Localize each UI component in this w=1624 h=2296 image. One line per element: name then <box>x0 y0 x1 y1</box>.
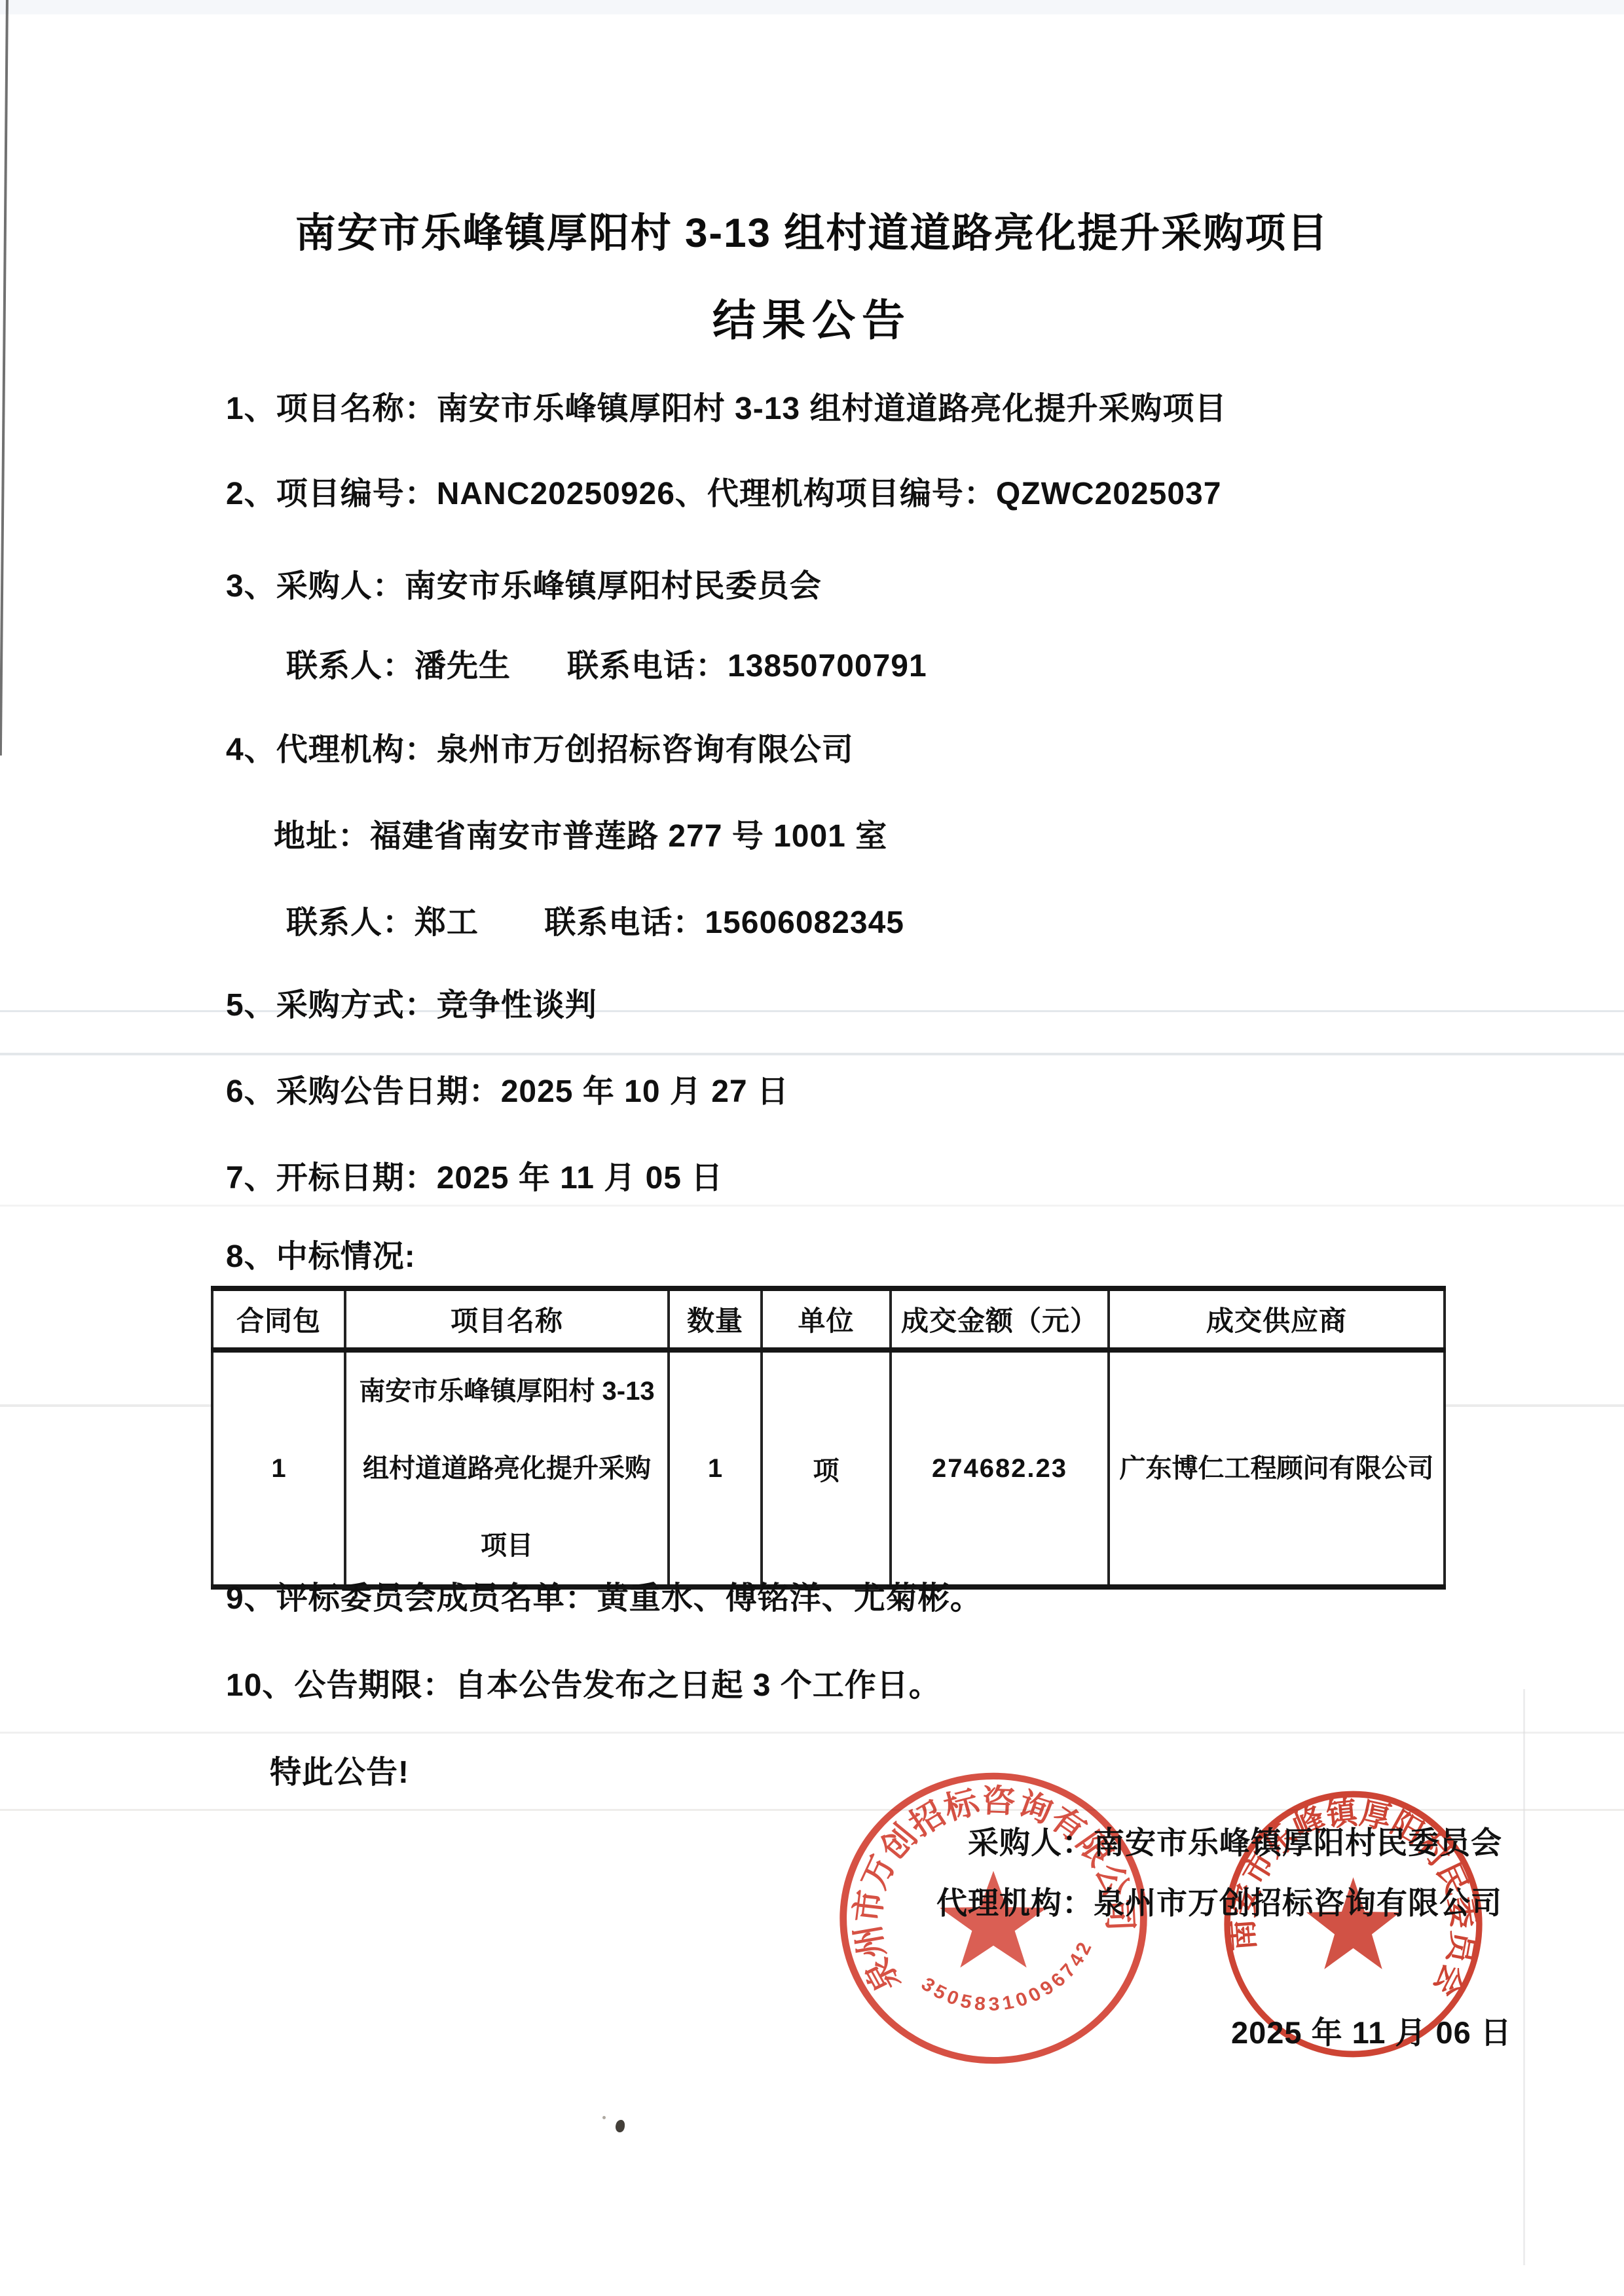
cell-project: 南安市乐峰镇厚阳村 3-13 组村道道路亮化提升采购项目 <box>345 1350 669 1587</box>
agency-contact: 联系人：郑工 联系电话：15606082345 <box>286 897 904 942</box>
award-table: 合同包 项目名称 数量 单位 成交金额（元） 成交供应商 1 南安市乐峰镇厚阳村… <box>211 1286 1446 1590</box>
document-title: 南安市乐峰镇厚阳村 3-13 组村道道路亮化提升采购项目 <box>0 200 1624 259</box>
item-bid-open-date: 7、开标日期：2025 年 11 月 05 日 <box>226 1152 723 1197</box>
scanned-document-page: 南安市乐峰镇厚阳村 3-13 组村道道路亮化提升采购项目 结果公告 1、项目名称… <box>0 0 1624 2296</box>
scan-artifact-right-edge-line <box>1523 1689 1525 2265</box>
award-table-header-row: 合同包 项目名称 数量 单位 成交金额（元） 成交供应商 <box>212 1288 1445 1350</box>
cell-quantity: 1 <box>669 1350 762 1587</box>
signature-date: 2025 年 11 月 06 日 <box>1231 2009 1512 2052</box>
scan-artifact-left-edge-line <box>0 0 9 756</box>
col-header-package: 合同包 <box>212 1288 345 1350</box>
scan-artifact-top-band <box>0 0 1624 14</box>
col-header-supplier: 成交供应商 <box>1109 1288 1445 1350</box>
col-header-project: 项目名称 <box>345 1288 669 1350</box>
closing-remark: 特此公告! <box>270 1747 409 1792</box>
cell-supplier: 广东博仁工程顾问有限公司 <box>1109 1350 1445 1587</box>
item-project-number: 2、项目编号：NANC20250926、代理机构项目编号：QZWC2025037 <box>226 468 1221 513</box>
agency-address: 地址：福建省南安市普莲路 277 号 1001 室 <box>274 811 887 856</box>
item-award-status: 8、中标情况: <box>226 1231 416 1276</box>
item-announce-date: 6、采购公告日期：2025 年 10 月 27 日 <box>226 1066 789 1111</box>
scan-artifact-streak-3 <box>0 1205 1624 1207</box>
scan-artifact-streak-5 <box>0 1732 1624 1734</box>
col-header-amount: 成交金额（元） <box>891 1288 1109 1350</box>
item-notice-term: 10、公告期限：自本公告发布之日起 3 个工作日。 <box>226 1660 941 1705</box>
scan-artifact-ink-speck <box>602 2116 606 2119</box>
col-header-quantity: 数量 <box>669 1288 762 1350</box>
purchaser-contact: 联系人：潘先生 联系电话：13850700791 <box>286 640 927 685</box>
cell-package: 1 <box>212 1350 345 1587</box>
item-purchaser: 3、采购人：南安市乐峰镇厚阳村民委员会 <box>226 560 822 606</box>
cell-unit: 项 <box>762 1350 891 1587</box>
item-method: 5、采购方式：竞争性谈判 <box>226 979 597 1025</box>
scan-artifact-streak-2 <box>0 1053 1624 1055</box>
signature-buyer: 采购人：南安市乐峰镇厚阳村民委员会 <box>968 1819 1502 1863</box>
signature-agency: 代理机构：泉州市万创招标咨询有限公司 <box>936 1879 1502 1923</box>
item-agency: 4、代理机构：泉州市万创招标咨询有限公司 <box>226 724 854 769</box>
item-committee: 9、评标委员会成员名单：黄重水、傅铭洋、尤菊彬。 <box>226 1573 982 1618</box>
col-header-unit: 单位 <box>762 1288 891 1350</box>
item-project-name: 1、项目名称：南安市乐峰镇厚阳村 3-13 组村道道路亮化提升采购项目 <box>226 383 1227 428</box>
award-table-data-row: 1 南安市乐峰镇厚阳村 3-13 组村道道路亮化提升采购项目 1 项 27468… <box>212 1350 1445 1587</box>
scan-artifact-ink-dot <box>616 2120 625 2132</box>
document-subtitle: 结果公告 <box>0 285 1624 348</box>
cell-amount: 274682.23 <box>891 1350 1109 1587</box>
